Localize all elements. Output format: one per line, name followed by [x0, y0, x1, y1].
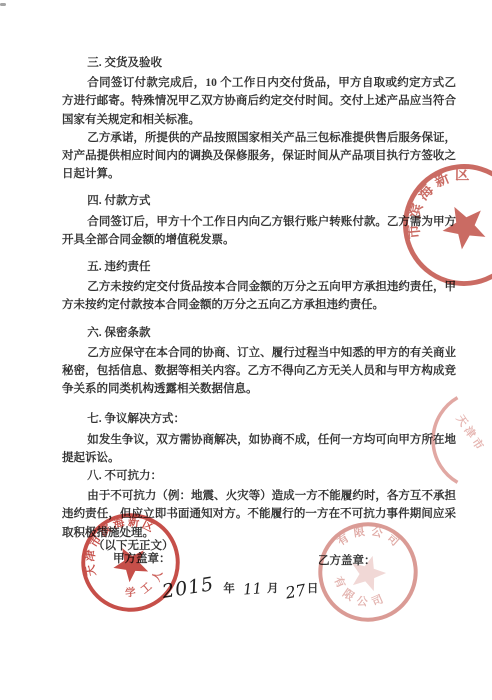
section-heading: 八. 不可抗力： [62, 467, 456, 485]
contract-scan-page: 三. 交货及验收 合同签订付款完成后，10 个工作日内交付货品，甲方自取或约定方… [0, 0, 492, 700]
section-dispute: 七. 争议解决方式： 如发生争议，双方需协商解决，如协商不成，任何一方均可向甲方… [62, 410, 456, 467]
section-payment: 四. 付款方式 合同签订后，甲方十个工作日内向乙方银行账户转账付款。乙方需为甲方… [62, 192, 456, 249]
handwritten-year: 2015 [161, 573, 216, 603]
section-paragraph: 乙方应保守在本合同的协商、订立、履行过程当中知悉的甲方的有关商业秘密，包括信息、… [62, 344, 456, 399]
section-paragraph: 如发生争议，双方需协商解决，如协商不成，任何一方均可向甲方所在地提起诉讼。 [62, 431, 456, 467]
section-force-majeure: 八. 不可抗力： 由于不可抗力（例：地震、火灾等）造成一方不能履约时，各方互不承… [62, 467, 456, 542]
handwritten-day: 27 [284, 580, 307, 602]
section-heading: 四. 付款方式 [62, 192, 456, 210]
section-breach: 五. 违约责任 乙方未按约定交付货品按本合同金额的万分之五向甲方承担违约责任，甲… [62, 258, 456, 315]
seal-ring-text-bottom: 有限公司 [326, 571, 395, 616]
day-unit-label: 日 [307, 580, 319, 596]
section-heading: 六. 保密条款 [62, 324, 456, 342]
section-heading: 七. 争议解决方式： [62, 410, 456, 428]
section-paragraph: 由于不可抗力（例：地震、火灾等）造成一方不能履约时，各方互不承担违约责任，但应立… [62, 487, 456, 542]
section-confidentiality: 六. 保密条款 乙方应保守在本合同的协商、订立、履行过程当中知悉的甲方的有关商业… [62, 324, 456, 399]
party-a-seal-label: 甲方盖章： [113, 550, 171, 566]
section-paragraph: 乙方承诺，所提供的产品按照国家相关产品三包标准提供售后服务保证，对产品提供相应时… [62, 129, 456, 184]
handwritten-month: 11 [242, 579, 262, 598]
month-unit-label: 月 [267, 580, 279, 596]
section-heading: 五. 违约责任 [62, 258, 456, 276]
year-unit-label: 年 [223, 580, 235, 596]
party-b-seal-label: 乙方盖章： [318, 552, 376, 568]
section-heading: 三. 交货及验收 [62, 54, 456, 72]
svg-text:有限公司: 有限公司 [326, 571, 395, 616]
section-paragraph: 合同签订后，甲方十个工作日内向乙方银行账户转账付款。乙方需为甲方开具全部合同金额… [62, 213, 456, 249]
section-delivery: 三. 交货及验收 合同签订付款完成后，10 个工作日内交付货品，甲方自取或约定方… [62, 54, 456, 183]
contract-body: 三. 交货及验收 合同签订付款完成后，10 个工作日内交付货品，甲方自取或约定方… [0, 0, 492, 542]
section-paragraph: 乙方未按约定交付货品按本合同金额的万分之五向甲方承担违约责任，甲方未按约定付款按… [62, 278, 456, 314]
signature-date: 2015年11月27日 [162, 577, 318, 599]
section-paragraph: 合同签订付款完成后，10 个工作日内交付货品，甲方自取或约定方式乙方进行邮寄。特… [62, 74, 456, 129]
